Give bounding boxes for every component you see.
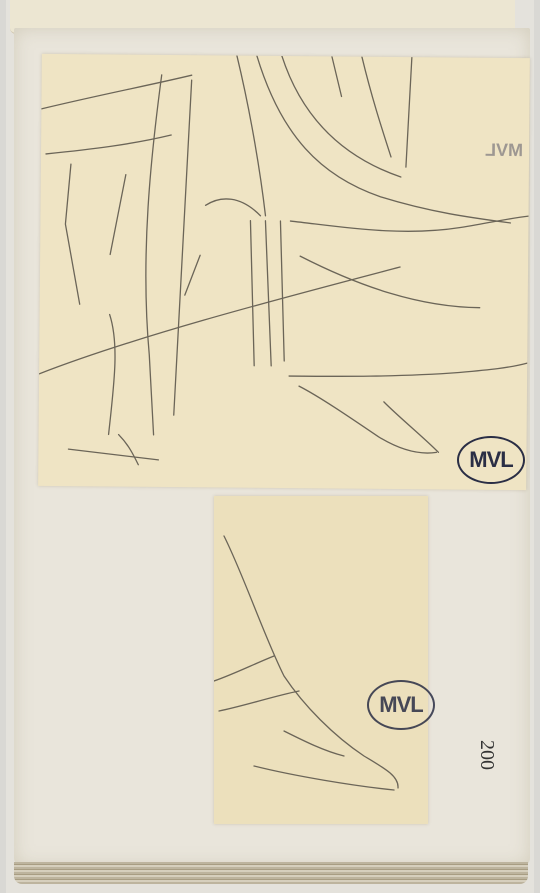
drapery-sketch (38, 54, 530, 490)
lower-tracing-sheet (214, 496, 428, 824)
collection-stamp: MVL (457, 436, 525, 484)
collection-stamp: MVL (367, 680, 435, 730)
ghost-stamp: MVL (485, 140, 523, 161)
upper-tracing-sheet: MVL (38, 54, 530, 490)
page-number: 200 (475, 740, 498, 770)
page-edges (14, 862, 528, 884)
foot-sketch (214, 496, 428, 824)
